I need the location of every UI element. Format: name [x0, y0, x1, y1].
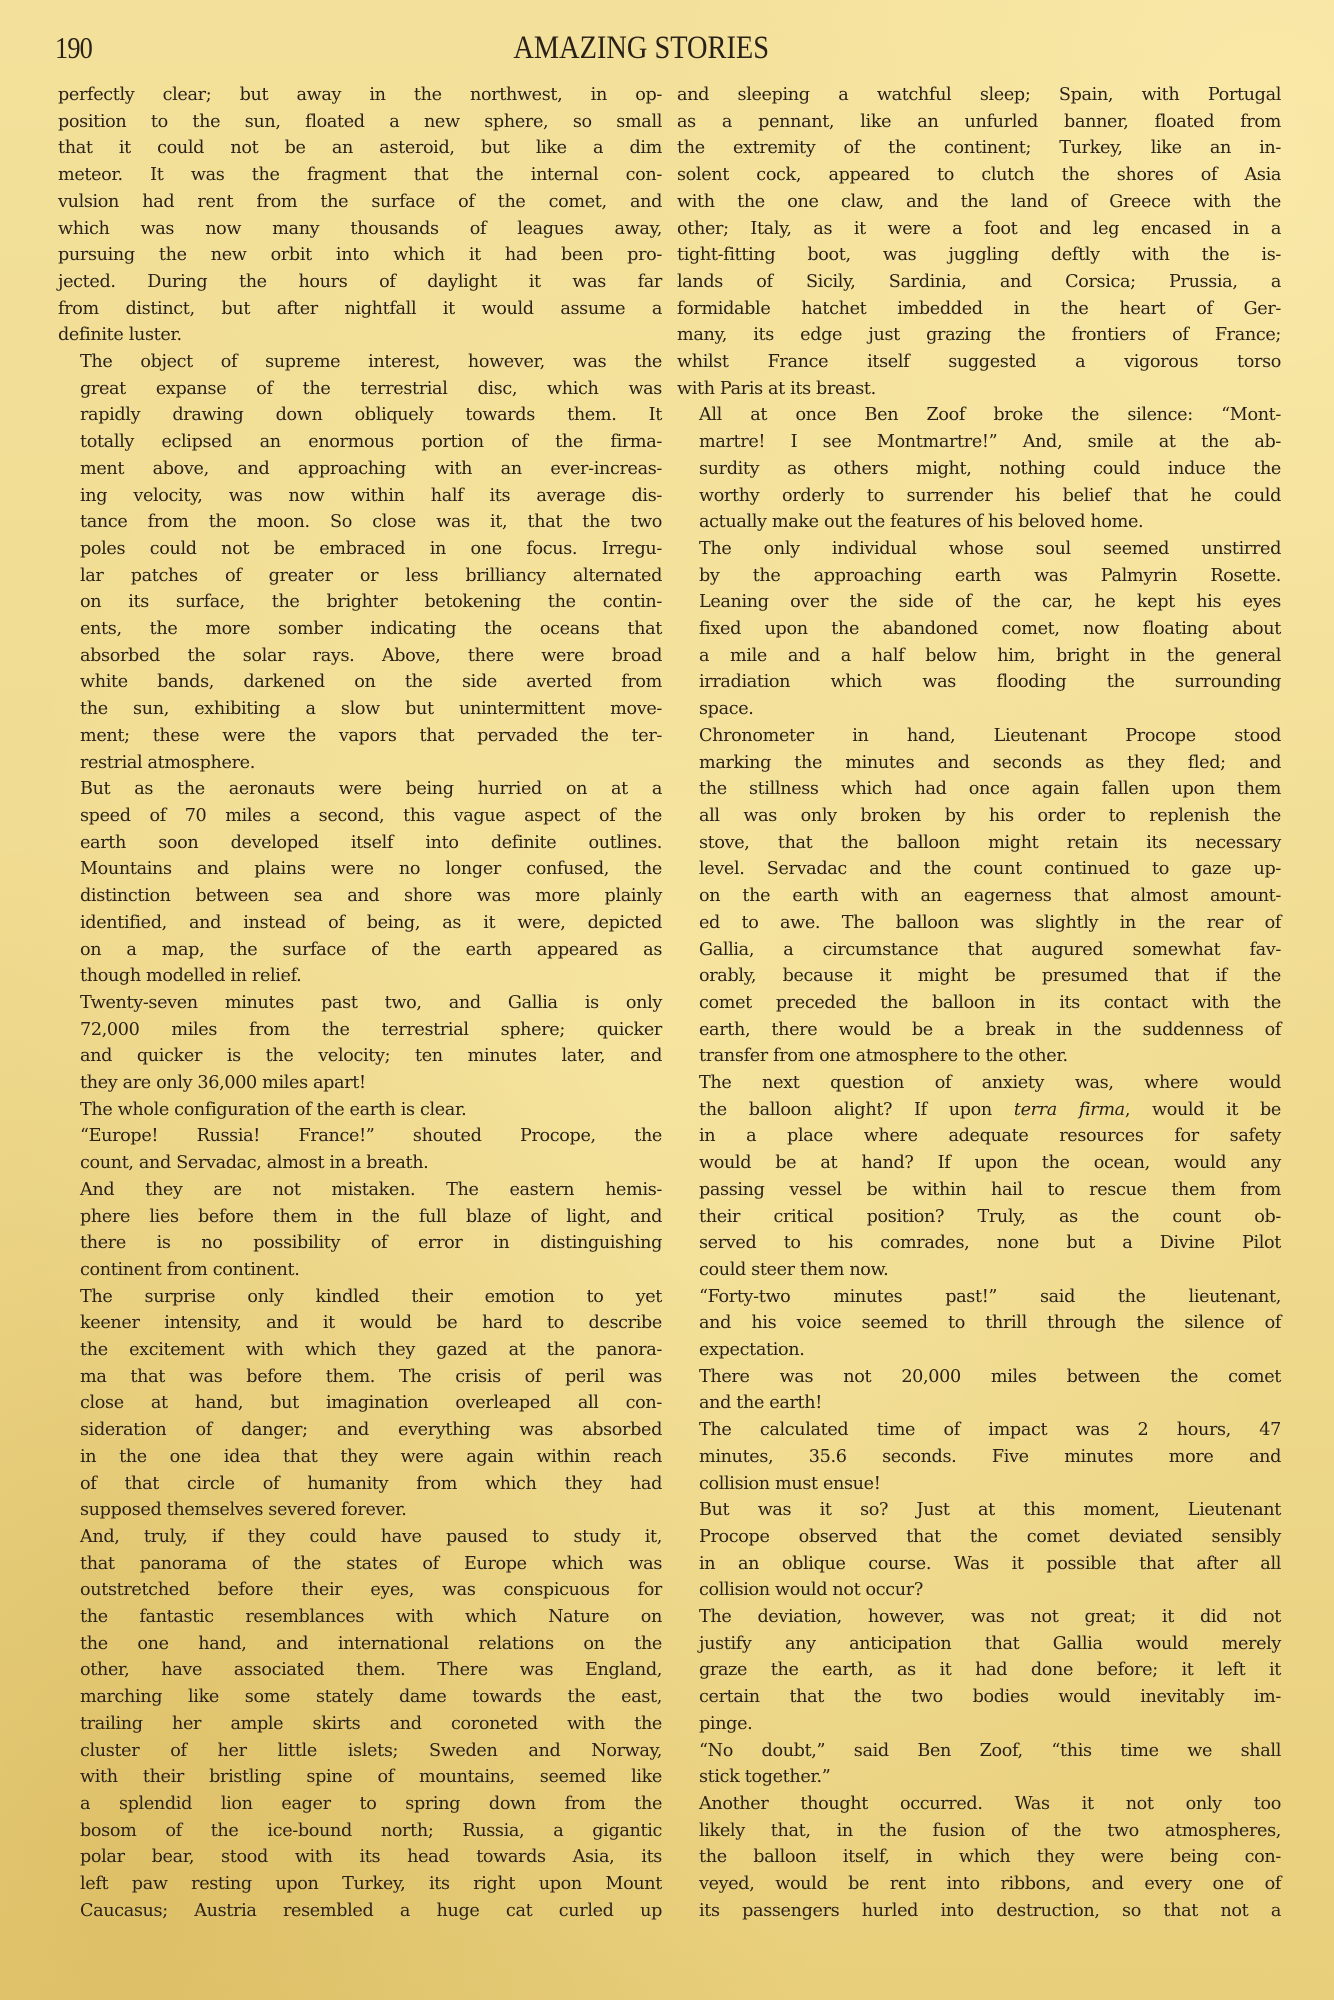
text-line: cluster of her little islets; Sweden and… [58, 1738, 662, 1765]
text-line: its passengers hurled into destruction, … [677, 1898, 1281, 1925]
text-line: definite luster. [58, 322, 662, 349]
text-line: and sleeping a watchful sleep; Spain, wi… [677, 82, 1281, 109]
text-line: white bands, darkened on the side averte… [58, 669, 662, 696]
text-line: transfer from one atmosphere to the othe… [677, 1043, 1281, 1070]
text-line: supposed themselves severed forever. [58, 1497, 662, 1524]
text-line: stove, that the balloon might retain its… [677, 830, 1281, 857]
text-line: in a place where adequate resources for … [677, 1123, 1281, 1150]
text-line: martre! I see Montmartre!” And, smile at… [677, 429, 1281, 456]
text-line: identified, and instead of being, as it … [58, 910, 662, 937]
text-line: likely that, in the fusion of the two at… [677, 1818, 1281, 1845]
text-line: in the one idea that they were again wit… [58, 1444, 662, 1471]
paragraph: The calculated time of impact was 2 hour… [677, 1417, 1281, 1497]
text-line: formidable hatchet imbedded in the heart… [677, 296, 1281, 323]
text-line: lar patches of greater or less brillianc… [58, 563, 662, 590]
paragraph: And, truly, if they could have paused to… [58, 1524, 662, 1925]
text-line: jected. During the hours of daylight it … [58, 269, 662, 296]
text-line: ents, the more somber indicating the oce… [58, 616, 662, 643]
text-line: space. [677, 696, 1281, 723]
text-line: collision must ensue! [677, 1471, 1281, 1498]
paragraph: The deviation, however, was not great; i… [677, 1604, 1281, 1738]
text-line: 72,000 miles from the terrestrial sphere… [58, 1017, 662, 1044]
text-line: Chronometer in hand, Lieutenant Procope … [677, 723, 1281, 750]
text-line: served to his comrades, none but a Divin… [677, 1230, 1281, 1257]
text-line: meteor. It was the fragment that the int… [58, 162, 662, 189]
text-line: earth soon developed itself into definit… [58, 830, 662, 857]
text-line: tight-fitting boot, was juggling deftly … [677, 242, 1281, 269]
paragraph: But as the aeronauts were being hurried … [58, 776, 662, 990]
text-line: tance from the moon. So close was it, th… [58, 509, 662, 536]
text-line: there is no possibility of error in dist… [58, 1230, 662, 1257]
text-line: from distinct, but after nightfall it wo… [58, 296, 662, 323]
text-line: pursuing the new orbit into which it had… [58, 242, 662, 269]
paragraph: “Europe! Russia! France!” shouted Procop… [58, 1123, 662, 1176]
text-line: that it could not be an asteroid, but li… [58, 135, 662, 162]
text-line: other; Italy, as it were a foot and leg … [677, 216, 1281, 243]
text-line: All at once Ben Zoof broke the silence: … [677, 402, 1281, 429]
paragraph: perfectly clear; but away in the northwe… [58, 82, 662, 349]
paragraph: Twenty-seven minutes past two, and Galli… [58, 990, 662, 1097]
text-line: The object of supreme interest, however,… [58, 349, 662, 376]
text-line: comet preceded the balloon in its contac… [677, 990, 1281, 1017]
text-line: great expanse of the terrestrial disc, w… [58, 376, 662, 403]
text-line: The only individual whose soul seemed un… [677, 536, 1281, 563]
text-line: graze the earth, as it had done before; … [677, 1657, 1281, 1684]
text-line: orably, because it might be presumed tha… [677, 963, 1281, 990]
text-line: worthy orderly to surrender his belief t… [677, 483, 1281, 510]
text-line: could steer them now. [677, 1257, 1281, 1284]
italic-phrase: terra firma [1014, 1100, 1125, 1120]
text-line: Procope observed that the comet deviated… [677, 1524, 1281, 1551]
text-line: trailing her ample skirts and coroneted … [58, 1711, 662, 1738]
text-line: the balloon alight? If upon terra firma,… [677, 1097, 1281, 1124]
text-line: all was only broken by his order to repl… [677, 803, 1281, 830]
text-line: absorbed the solar rays. Above, there we… [58, 643, 662, 670]
text-line: the excitement with which they gazed at … [58, 1337, 662, 1364]
text-line: and quicker is the velocity; ten minutes… [58, 1043, 662, 1070]
running-head: 190 AMAZING STORIES [55, 30, 1279, 70]
text-line: “Europe! Russia! France!” shouted Procop… [58, 1123, 662, 1150]
text-line: phere lies before them in the full blaze… [58, 1204, 662, 1231]
paragraph: Chronometer in hand, Lieutenant Procope … [677, 723, 1281, 1070]
text-line: outstretched before their eyes, was cons… [58, 1577, 662, 1604]
text-line: actually make out the features of his be… [677, 509, 1281, 536]
text-line: close at hand, but imagination overleape… [58, 1390, 662, 1417]
text-line: totally eclipsed an enormous portion of … [58, 429, 662, 456]
paragraph: The object of supreme interest, however,… [58, 349, 662, 776]
text-line: ment; these were the vapors that pervade… [58, 723, 662, 750]
text-line: on a map, the surface of the earth appea… [58, 937, 662, 964]
text-line: irradiation which was flooding the surro… [677, 669, 1281, 696]
text-line: in an oblique course. Was it possible th… [677, 1551, 1281, 1578]
text-line: certain that the two bodies would inevit… [677, 1684, 1281, 1711]
text-line: count, and Servadac, almost in a breath. [58, 1150, 662, 1177]
paragraph: The next question of anxiety was, where … [677, 1070, 1281, 1284]
text-line: The deviation, however, was not great; i… [677, 1604, 1281, 1631]
text-line: The calculated time of impact was 2 hour… [677, 1417, 1281, 1444]
text-line: level. Servadac and the count continued … [677, 856, 1281, 883]
text-line: polar bear, stood with its head towards … [58, 1844, 662, 1871]
text-line: collision would not occur? [677, 1577, 1281, 1604]
paragraph: and sleeping a watchful sleep; Spain, wi… [677, 82, 1281, 402]
text-line: earth, there would be a break in the sud… [677, 1017, 1281, 1044]
text-line: they are only 36,000 miles apart! [58, 1070, 662, 1097]
text-line: restrial atmosphere. [58, 750, 662, 777]
text-line: ma that was before them. The crisis of p… [58, 1364, 662, 1391]
journal-title: AMAZING STORIES [141, 30, 1194, 67]
text-line: would be at hand? If upon the ocean, wou… [677, 1150, 1281, 1177]
text-line: speed of 70 miles a second, this vague a… [58, 803, 662, 830]
text-line: Leaning over the side of the car, he kep… [677, 589, 1281, 616]
paragraph: “No doubt,” said Ben Zoof, “this time we… [677, 1738, 1281, 1791]
paragraph: But was it so? Just at this moment, Lieu… [677, 1497, 1281, 1604]
text-line: keener intensity, and it would be hard t… [58, 1310, 662, 1337]
text-line: a splendid lion eager to spring down fro… [58, 1791, 662, 1818]
text-line: other, have associated them. There was E… [58, 1657, 662, 1684]
text-line: Another thought occurred. Was it not onl… [677, 1791, 1281, 1818]
left-column: perfectly clear; but away in the northwe… [58, 82, 662, 1925]
text-line: There was not 20,000 miles between the c… [677, 1364, 1281, 1391]
text-line: distinction between sea and shore was mo… [58, 883, 662, 910]
text-line: The surprise only kindled their emotion … [58, 1284, 662, 1311]
text-line: fixed upon the abandoned comet, now floa… [677, 616, 1281, 643]
text-line: ing velocity, was now within half its av… [58, 483, 662, 510]
text-line: though modelled in relief. [58, 963, 662, 990]
text-line: that panorama of the states of Europe wh… [58, 1551, 662, 1578]
text-line: the stillness which had once again falle… [677, 776, 1281, 803]
text-line: as a pennant, like an unfurled banner, f… [677, 109, 1281, 136]
text-line: bosom of the ice-bound north; Russia, a … [58, 1818, 662, 1845]
text-line: passing vessel be within hail to rescue … [677, 1177, 1281, 1204]
text-line: “No doubt,” said Ben Zoof, “this time we… [677, 1738, 1281, 1765]
text-line: And, truly, if they could have paused to… [58, 1524, 662, 1551]
text-line: lands of Sicily, Sardinia, and Corsica; … [677, 269, 1281, 296]
text-line: many, its edge just grazing the frontier… [677, 322, 1281, 349]
text-line: left paw resting upon Turkey, its right … [58, 1871, 662, 1898]
text-line: solent cock, appeared to clutch the shor… [677, 162, 1281, 189]
text-line: marking the minutes and seconds as they … [677, 750, 1281, 777]
text-line: veyed, would be rent into ribbons, and e… [677, 1871, 1281, 1898]
text-line: minutes, 35.6 seconds. Five minutes more… [677, 1444, 1281, 1471]
paragraph: The only individual whose soul seemed un… [677, 536, 1281, 723]
text-line: “Forty-two minutes past!” said the lieut… [677, 1284, 1281, 1311]
text-line: surdity as others might, nothing could i… [677, 456, 1281, 483]
text-line: their critical position? Truly, as the c… [677, 1204, 1281, 1231]
text-line: with the one claw, and the land of Greec… [677, 189, 1281, 216]
paragraph: All at once Ben Zoof broke the silence: … [677, 402, 1281, 536]
paragraph: “Forty-two minutes past!” said the lieut… [677, 1284, 1281, 1364]
paragraph: There was not 20,000 miles between the c… [677, 1364, 1281, 1417]
text-line: ment above, and approaching with an ever… [58, 456, 662, 483]
text-line: the one hand, and international relation… [58, 1631, 662, 1658]
text-line: with their bristling spine of mountains,… [58, 1764, 662, 1791]
text-line: the extremity of the continent; Turkey, … [677, 135, 1281, 162]
text-line: The whole configuration of the earth is … [58, 1097, 662, 1124]
text-line: Mountains and plains were no longer conf… [58, 856, 662, 883]
text-line: perfectly clear; but away in the northwe… [58, 82, 662, 109]
text-line: continent from continent. [58, 1257, 662, 1284]
text-line: stick together.” [677, 1764, 1281, 1791]
text-line: expectation. [677, 1337, 1281, 1364]
text-line: marching like some stately dame towards … [58, 1684, 662, 1711]
text-line: on its surface, the brighter betokening … [58, 589, 662, 616]
text-line: vulsion had rent from the surface of the… [58, 189, 662, 216]
text-line: But as the aeronauts were being hurried … [58, 776, 662, 803]
paragraph: And they are not mistaken. The eastern h… [58, 1177, 662, 1284]
text-line: Caucasus; Austria resembled a huge cat c… [58, 1898, 662, 1925]
magazine-page: 190 AMAZING STORIES perfectly clear; but… [0, 0, 1334, 2000]
text-line: And they are not mistaken. The eastern h… [58, 1177, 662, 1204]
text-line: with Paris at its breast. [677, 376, 1281, 403]
paragraph: The surprise only kindled their emotion … [58, 1284, 662, 1524]
paragraph: Another thought occurred. Was it not onl… [677, 1791, 1281, 1925]
text-line: which was now many thousands of leagues … [58, 216, 662, 243]
text-line: poles could not be embraced in one focus… [58, 536, 662, 563]
text-line: whilst France itself suggested a vigorou… [677, 349, 1281, 376]
text-line: The next question of anxiety was, where … [677, 1070, 1281, 1097]
text-line: a mile and a half below him, bright in t… [677, 643, 1281, 670]
text-line: the sun, exhibiting a slow but unintermi… [58, 696, 662, 723]
right-column: and sleeping a watchful sleep; Spain, wi… [677, 82, 1281, 1925]
text-line: pinge. [677, 1711, 1281, 1738]
text-line: and the earth! [677, 1390, 1281, 1417]
text-line: the balloon itself, in which they were b… [677, 1844, 1281, 1871]
text-line: sideration of danger; and everything was… [58, 1417, 662, 1444]
page-number: 190 [55, 30, 92, 66]
text-line: and his voice seemed to thrill through t… [677, 1310, 1281, 1337]
text-line: But was it so? Just at this moment, Lieu… [677, 1497, 1281, 1524]
text-line: Twenty-seven minutes past two, and Galli… [58, 990, 662, 1017]
text-line: Gallia, a circumstance that augured some… [677, 937, 1281, 964]
text-line: rapidly drawing down obliquely towards t… [58, 402, 662, 429]
text-line: by the approaching earth was Palmyrin Ro… [677, 563, 1281, 590]
text-line: justify any anticipation that Gallia wou… [677, 1631, 1281, 1658]
text-line: position to the sun, floated a new spher… [58, 109, 662, 136]
paragraph: The whole configuration of the earth is … [58, 1097, 662, 1124]
text-line: of that circle of humanity from which th… [58, 1471, 662, 1498]
text-line: on the earth with an eagerness that almo… [677, 883, 1281, 910]
text-line: ed to awe. The balloon was slightly in t… [677, 910, 1281, 937]
text-line: the fantastic resemblances with which Na… [58, 1604, 662, 1631]
